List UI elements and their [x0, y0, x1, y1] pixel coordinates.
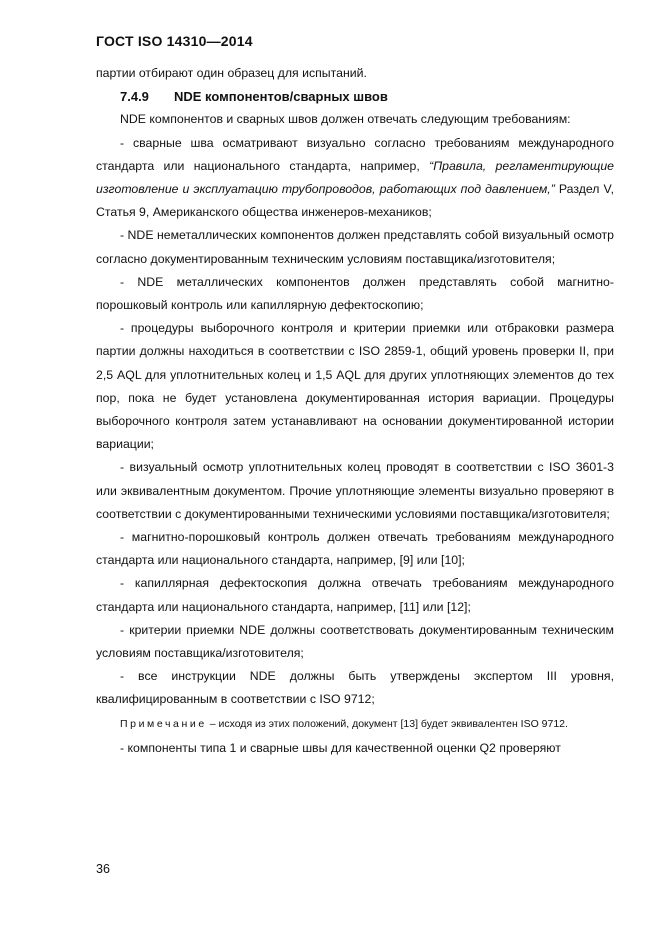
paragraph-continuation: партии отбирают один образец для испытан… — [96, 62, 614, 85]
list-item: - визуальный осмотр уплотнительных колец… — [96, 456, 614, 526]
document-header: ГОСТ ISO 14310—2014 — [96, 33, 253, 49]
section-heading: 7.4.9NDE компонентов/сварных швов — [120, 85, 614, 108]
list-item: - процедуры выборочного контроля и крите… — [96, 317, 614, 456]
note-label: Примечание — [120, 718, 207, 730]
section-number: 7.4.9 — [120, 85, 174, 108]
intro-paragraph: NDE компонентов и сварных швов должен от… — [96, 108, 614, 131]
list-item: - все инструкции NDE должны быть утвержд… — [96, 665, 614, 711]
list-item: - капиллярная дефектоскопия должна отвеч… — [96, 572, 614, 618]
list-item: - сварные шва осматривают визуально согл… — [96, 132, 614, 225]
note: Примечание – исходя из этих положений, д… — [96, 714, 614, 734]
section-title: NDE компонентов/сварных швов — [174, 89, 388, 104]
list-item: - компоненты типа 1 и сварные швы для ка… — [96, 737, 614, 760]
list-item: - NDE неметаллических компонентов должен… — [96, 224, 614, 270]
list-item: - критерии приемки NDE должны соответств… — [96, 619, 614, 665]
page-number: 36 — [96, 862, 110, 876]
document-body: партии отбирают один образец для испытан… — [96, 62, 614, 760]
list-item: - NDE металлических компонентов должен п… — [96, 271, 614, 317]
note-text: – исходя из этих положений, документ [13… — [207, 718, 568, 730]
list-item: - магнитно-порошковый контроль должен от… — [96, 526, 614, 572]
